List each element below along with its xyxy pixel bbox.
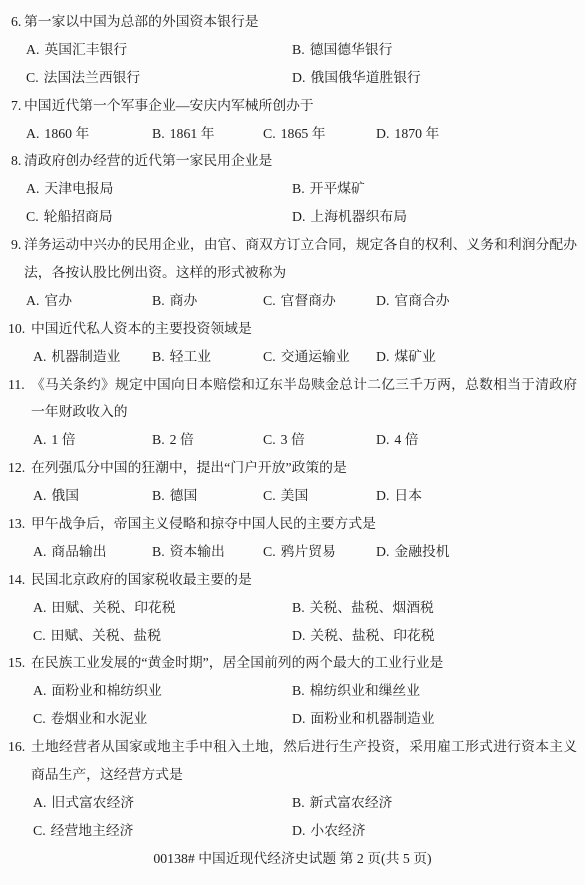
- option-key: C.: [26, 209, 39, 224]
- option-key: B.: [152, 349, 165, 364]
- option-text: 煤矿业: [394, 349, 435, 364]
- option-key: C.: [263, 293, 276, 308]
- option-key: C.: [33, 628, 46, 643]
- option-key: D.: [292, 711, 305, 726]
- option-key: D.: [376, 349, 389, 364]
- question-number: 16.: [8, 733, 25, 761]
- option-key: D.: [376, 544, 389, 559]
- question-stem: 13. 甲午战争后，帝国主义侵略和掠夺中国人民的主要方式是: [0, 510, 585, 538]
- option-d: D.煤矿业: [376, 343, 436, 371]
- option-text: 鸦片贸易: [281, 544, 336, 559]
- option-text: 面粉业和棉纺织业: [51, 683, 161, 698]
- option-text: 经营地主经济: [51, 823, 134, 838]
- question-number: 14.: [8, 566, 25, 594]
- option-a: A.俄国: [33, 482, 79, 510]
- option-key: A.: [33, 600, 46, 615]
- option-text: 面粉业和机器制造业: [310, 711, 434, 726]
- question-stem: 6. 第一家以中国为总部的外国资本银行是: [0, 8, 585, 36]
- question-16: 16. 土地经营者从国家或地主手中租入土地，然后进行生产投资，采用雇工形式进行资…: [0, 733, 585, 845]
- question-stem: 8. 清政府创办经营的近代第一家民用企业是: [0, 147, 585, 175]
- option-key: B.: [292, 600, 305, 615]
- option-text: 英国汇丰银行: [44, 42, 127, 57]
- option-c: C.鸦片贸易: [263, 538, 336, 566]
- option-key: B.: [152, 432, 165, 447]
- option-key: D.: [292, 823, 305, 838]
- question-stem-line: 土地经营者从国家或地主手中租入土地，然后进行生产投资，采用雇工形式进行资本主义: [31, 733, 577, 761]
- option-b: B.棉纺织业和缫丝业: [292, 677, 420, 705]
- option-a: A.面粉业和棉纺织业: [33, 677, 162, 705]
- question-11: 11. 《马关条约》规定中国向日本赔偿和辽东半岛赎金总计二亿三千万两，总数相当于…: [0, 371, 585, 455]
- option-key: B.: [152, 293, 165, 308]
- option-key: B.: [292, 795, 305, 810]
- option-key: A.: [33, 488, 46, 503]
- option-text: 棉纺织业和缫丝业: [310, 683, 420, 698]
- option-text: 1 倍: [51, 432, 75, 447]
- question-stem: 16. 土地经营者从国家或地主手中租入土地，然后进行生产投资，采用雇工形式进行资…: [0, 733, 585, 761]
- option-key: B.: [292, 42, 305, 57]
- question-stem-continuation: 法，各按认股比例出资。这样的形式被称为: [0, 259, 585, 287]
- option-c: C.法国法兰西银行: [26, 64, 140, 92]
- option-key: A.: [26, 293, 39, 308]
- option-text: 资本输出: [170, 544, 225, 559]
- option-key: B.: [152, 126, 165, 141]
- option-text: 机器制造业: [51, 349, 120, 364]
- question-13: 13. 甲午战争后，帝国主义侵略和掠夺中国人民的主要方式是 A.商品输出 B.资…: [0, 510, 585, 566]
- option-key: B.: [292, 181, 305, 196]
- option-b: B.开平煤矿: [292, 175, 365, 203]
- option-key: D.: [376, 126, 389, 141]
- option-key: C.: [263, 126, 276, 141]
- option-text: 官办: [44, 293, 72, 308]
- option-a: A.1860 年: [26, 120, 89, 148]
- option-key: C.: [263, 432, 276, 447]
- option-text: 1865 年: [281, 126, 326, 141]
- option-a: A.商品输出: [33, 538, 107, 566]
- option-c: C.交通运输业: [263, 343, 350, 371]
- option-key: A.: [33, 544, 46, 559]
- option-text: 金融投机: [394, 544, 449, 559]
- option-text: 新式富农经济: [310, 795, 393, 810]
- option-key: A.: [26, 126, 39, 141]
- options-row: C.卷烟业和水泥业 D.面粉业和机器制造业: [0, 705, 585, 733]
- options-row: C.轮船招商局 D.上海机器织布局: [0, 203, 585, 231]
- option-c: C.田赋、关税、盐税: [33, 622, 161, 650]
- question-number: 8.: [11, 147, 21, 175]
- option-key: C.: [263, 544, 276, 559]
- options-row: A.商品输出 B.资本输出 C.鸦片贸易 D.金融投机: [0, 538, 585, 566]
- option-c: C.轮船招商局: [26, 203, 113, 231]
- option-d: D.俄国俄华道胜银行: [292, 64, 421, 92]
- options-row: A.天津电报局 B.开平煤矿: [0, 175, 585, 203]
- option-key: D.: [292, 70, 305, 85]
- question-stem-line: 一年财政收入的: [31, 398, 585, 426]
- options-row: C.法国法兰西银行 D.俄国俄华道胜银行: [0, 64, 585, 92]
- question-stem: 14. 民国北京政府的国家税收最主要的是: [0, 566, 585, 594]
- option-key: C.: [26, 70, 39, 85]
- question-stem-line: 《马关条约》规定中国向日本赔偿和辽东半岛赎金总计二亿三千万两，总数相当于清政府: [31, 371, 577, 399]
- question-stem: 11. 《马关条约》规定中国向日本赔偿和辽东半岛赎金总计二亿三千万两，总数相当于…: [0, 371, 585, 399]
- option-text: 法国法兰西银行: [44, 70, 141, 85]
- option-a: A.田赋、关税、印花税: [33, 594, 176, 622]
- option-text: 德国德华银行: [310, 42, 393, 57]
- option-key: D.: [376, 432, 389, 447]
- option-text: 卷烟业和水泥业: [51, 711, 148, 726]
- option-text: 田赋、关税、盐税: [51, 628, 161, 643]
- option-text: 交通运输业: [281, 349, 350, 364]
- option-text: 2 倍: [170, 432, 194, 447]
- option-text: 3 倍: [281, 432, 305, 447]
- question-10: 10. 中国近代私人资本的主要投资领域是 A.机器制造业 B.轻工业 C.交通运…: [0, 315, 585, 371]
- option-text: 4 倍: [394, 432, 418, 447]
- option-text: 轻工业: [170, 349, 211, 364]
- option-text: 田赋、关税、印花税: [51, 600, 175, 615]
- question-number: 15.: [8, 649, 25, 677]
- question-6: 6. 第一家以中国为总部的外国资本银行是 A.英国汇丰银行 B.德国德华银行 C…: [0, 8, 585, 92]
- question-stem-line: 洋务运动中兴办的民用企业，由官、商双方订立合同，规定各自的权利、义务和利润分配办: [24, 231, 577, 259]
- page-footer: 00138# 中国近现代经济史试题 第 2 页(共 5 页): [0, 845, 585, 873]
- option-key: A.: [33, 432, 46, 447]
- option-text: 日本: [394, 488, 422, 503]
- options-row: A.旧式富农经济 B.新式富农经济: [0, 789, 585, 817]
- question-14: 14. 民国北京政府的国家税收最主要的是 A.田赋、关税、印花税 B.关税、盐税…: [0, 566, 585, 650]
- option-text: 1861 年: [170, 126, 215, 141]
- option-key: B.: [152, 544, 165, 559]
- option-c: C.美国: [263, 482, 308, 510]
- options-row: A.英国汇丰银行 B.德国德华银行: [0, 36, 585, 64]
- option-text: 轮船招商局: [44, 209, 113, 224]
- option-d: D.1870 年: [376, 120, 439, 148]
- question-stem: 15. 在民族工业发展的“黄金时期”，居全国前列的两个最大的工业行业是: [0, 649, 585, 677]
- option-text: 商品输出: [51, 544, 106, 559]
- option-b: B.德国德华银行: [292, 36, 392, 64]
- question-number: 6.: [11, 8, 21, 36]
- question-number: 13.: [8, 510, 25, 538]
- option-text: 上海机器织布局: [310, 209, 407, 224]
- option-d: D.面粉业和机器制造业: [292, 705, 435, 733]
- question-stem-line: 中国近代私人资本的主要投资领域是: [31, 315, 585, 343]
- question-number: 10.: [8, 315, 25, 343]
- option-b: B.商办: [152, 287, 197, 315]
- option-c: C.1865 年: [263, 120, 326, 148]
- question-stem-continuation: 一年财政收入的: [0, 398, 585, 426]
- question-8: 8. 清政府创办经营的近代第一家民用企业是 A.天津电报局 B.开平煤矿 C.轮…: [0, 147, 585, 231]
- options-row: A.面粉业和棉纺织业 B.棉纺织业和缫丝业: [0, 677, 585, 705]
- question-stem-line: 清政府创办经营的近代第一家民用企业是: [24, 147, 585, 175]
- option-key: C.: [33, 823, 46, 838]
- option-a: A.天津电报局: [26, 175, 113, 203]
- option-text: 关税、盐税、印花税: [310, 628, 434, 643]
- option-b: B.关税、盐税、烟酒税: [292, 594, 434, 622]
- question-number: 12.: [8, 454, 25, 482]
- option-text: 官商合办: [394, 293, 449, 308]
- option-b: B.资本输出: [152, 538, 225, 566]
- option-text: 关税、盐税、烟酒税: [310, 600, 434, 615]
- option-key: C.: [263, 488, 276, 503]
- option-text: 1860 年: [44, 126, 89, 141]
- question-9: 9. 洋务运动中兴办的民用企业，由官、商双方订立合同，规定各自的权利、义务和利润…: [0, 231, 585, 315]
- exam-page: 6. 第一家以中国为总部的外国资本银行是 A.英国汇丰银行 B.德国德华银行 C…: [0, 0, 585, 885]
- option-d: D.金融投机: [376, 538, 450, 566]
- option-b: B.1861 年: [152, 120, 215, 148]
- option-c: C.卷烟业和水泥业: [33, 705, 147, 733]
- option-c: C.经营地主经济: [33, 817, 133, 845]
- option-key: D.: [376, 488, 389, 503]
- option-b: B.2 倍: [152, 426, 194, 454]
- question-stem-line: 第一家以中国为总部的外国资本银行是: [24, 8, 585, 36]
- option-text: 天津电报局: [44, 181, 113, 196]
- question-number: 7.: [11, 92, 21, 120]
- question-number: 9.: [11, 231, 21, 259]
- option-a: A.旧式富农经济: [33, 789, 134, 817]
- options-row: A.田赋、关税、印花税 B.关税、盐税、烟酒税: [0, 594, 585, 622]
- question-12: 12. 在列强瓜分中国的狂潮中，提出“门户开放”政策的是 A.俄国 B.德国 C…: [0, 454, 585, 510]
- option-text: 德国: [170, 488, 198, 503]
- option-key: C.: [263, 349, 276, 364]
- options-row: A.机器制造业 B.轻工业 C.交通运输业 D.煤矿业: [0, 343, 585, 371]
- option-d: D.4 倍: [376, 426, 419, 454]
- question-stem-line: 在民族工业发展的“黄金时期”，居全国前列的两个最大的工业行业是: [31, 649, 585, 677]
- question-stem-line: 法，各按认股比例出资。这样的形式被称为: [24, 259, 585, 287]
- option-key: D.: [292, 209, 305, 224]
- option-c: C.官督商办: [263, 287, 336, 315]
- options-row: C.经营地主经济 D.小农经济: [0, 817, 585, 845]
- option-text: 俄国: [51, 488, 79, 503]
- question-stem-line: 甲午战争后，帝国主义侵略和掠夺中国人民的主要方式是: [31, 510, 585, 538]
- option-a: A.1 倍: [33, 426, 76, 454]
- option-text: 小农经济: [310, 823, 365, 838]
- option-d: D.关税、盐税、印花税: [292, 622, 435, 650]
- options-row: A.俄国 B.德国 C.美国 D.日本: [0, 482, 585, 510]
- option-d: D.官商合办: [376, 287, 450, 315]
- options-row: A.1 倍 B.2 倍 C.3 倍 D.4 倍: [0, 426, 585, 454]
- question-stem: 9. 洋务运动中兴办的民用企业，由官、商双方订立合同，规定各自的权利、义务和利润…: [0, 231, 585, 259]
- option-d: D.日本: [376, 482, 422, 510]
- question-stem-continuation: 商品生产，这经营方式是: [0, 761, 585, 789]
- option-key: C.: [33, 711, 46, 726]
- question-stem: 12. 在列强瓜分中国的狂潮中，提出“门户开放”政策的是: [0, 454, 585, 482]
- option-a: A.机器制造业: [33, 343, 120, 371]
- question-7: 7. 中国近代第一个军事企业—安庆内军械所创办于 A.1860 年 B.1861…: [0, 92, 585, 148]
- option-text: 商办: [170, 293, 198, 308]
- option-text: 官督商办: [281, 293, 336, 308]
- option-text: 1870 年: [394, 126, 439, 141]
- question-stem: 10. 中国近代私人资本的主要投资领域是: [0, 315, 585, 343]
- option-key: A.: [33, 349, 46, 364]
- question-number: 11.: [8, 371, 25, 399]
- options-row: C.田赋、关税、盐税 D.关税、盐税、印花税: [0, 622, 585, 650]
- question-stem-line: 在列强瓜分中国的狂潮中，提出“门户开放”政策的是: [31, 454, 585, 482]
- option-d: D.上海机器织布局: [292, 203, 407, 231]
- option-key: A.: [33, 795, 46, 810]
- option-text: 俄国俄华道胜银行: [310, 70, 420, 85]
- option-b: B.德国: [152, 482, 197, 510]
- option-key: B.: [292, 683, 305, 698]
- option-text: 美国: [281, 488, 309, 503]
- option-c: C.3 倍: [263, 426, 305, 454]
- options-row: A.1860 年 B.1861 年 C.1865 年 D.1870 年: [0, 120, 585, 148]
- option-key: D.: [292, 628, 305, 643]
- question-stem-line: 中国近代第一个军事企业—安庆内军械所创办于: [24, 92, 585, 120]
- option-text: 旧式富农经济: [51, 795, 134, 810]
- options-row: A.官办 B.商办 C.官督商办 D.官商合办: [0, 287, 585, 315]
- question-stem: 7. 中国近代第一个军事企业—安庆内军械所创办于: [0, 92, 585, 120]
- option-a: A.英国汇丰银行: [26, 36, 127, 64]
- question-stem-line: 民国北京政府的国家税收最主要的是: [31, 566, 585, 594]
- option-key: A.: [33, 683, 46, 698]
- option-key: B.: [152, 488, 165, 503]
- question-15: 15. 在民族工业发展的“黄金时期”，居全国前列的两个最大的工业行业是 A.面粉…: [0, 649, 585, 733]
- option-key: A.: [26, 181, 39, 196]
- question-stem-line: 商品生产，这经营方式是: [31, 761, 585, 789]
- option-key: D.: [376, 293, 389, 308]
- option-b: B.新式富农经济: [292, 789, 392, 817]
- option-b: B.轻工业: [152, 343, 211, 371]
- option-d: D.小农经济: [292, 817, 366, 845]
- option-text: 开平煤矿: [310, 181, 365, 196]
- option-a: A.官办: [26, 287, 72, 315]
- option-key: A.: [26, 42, 39, 57]
